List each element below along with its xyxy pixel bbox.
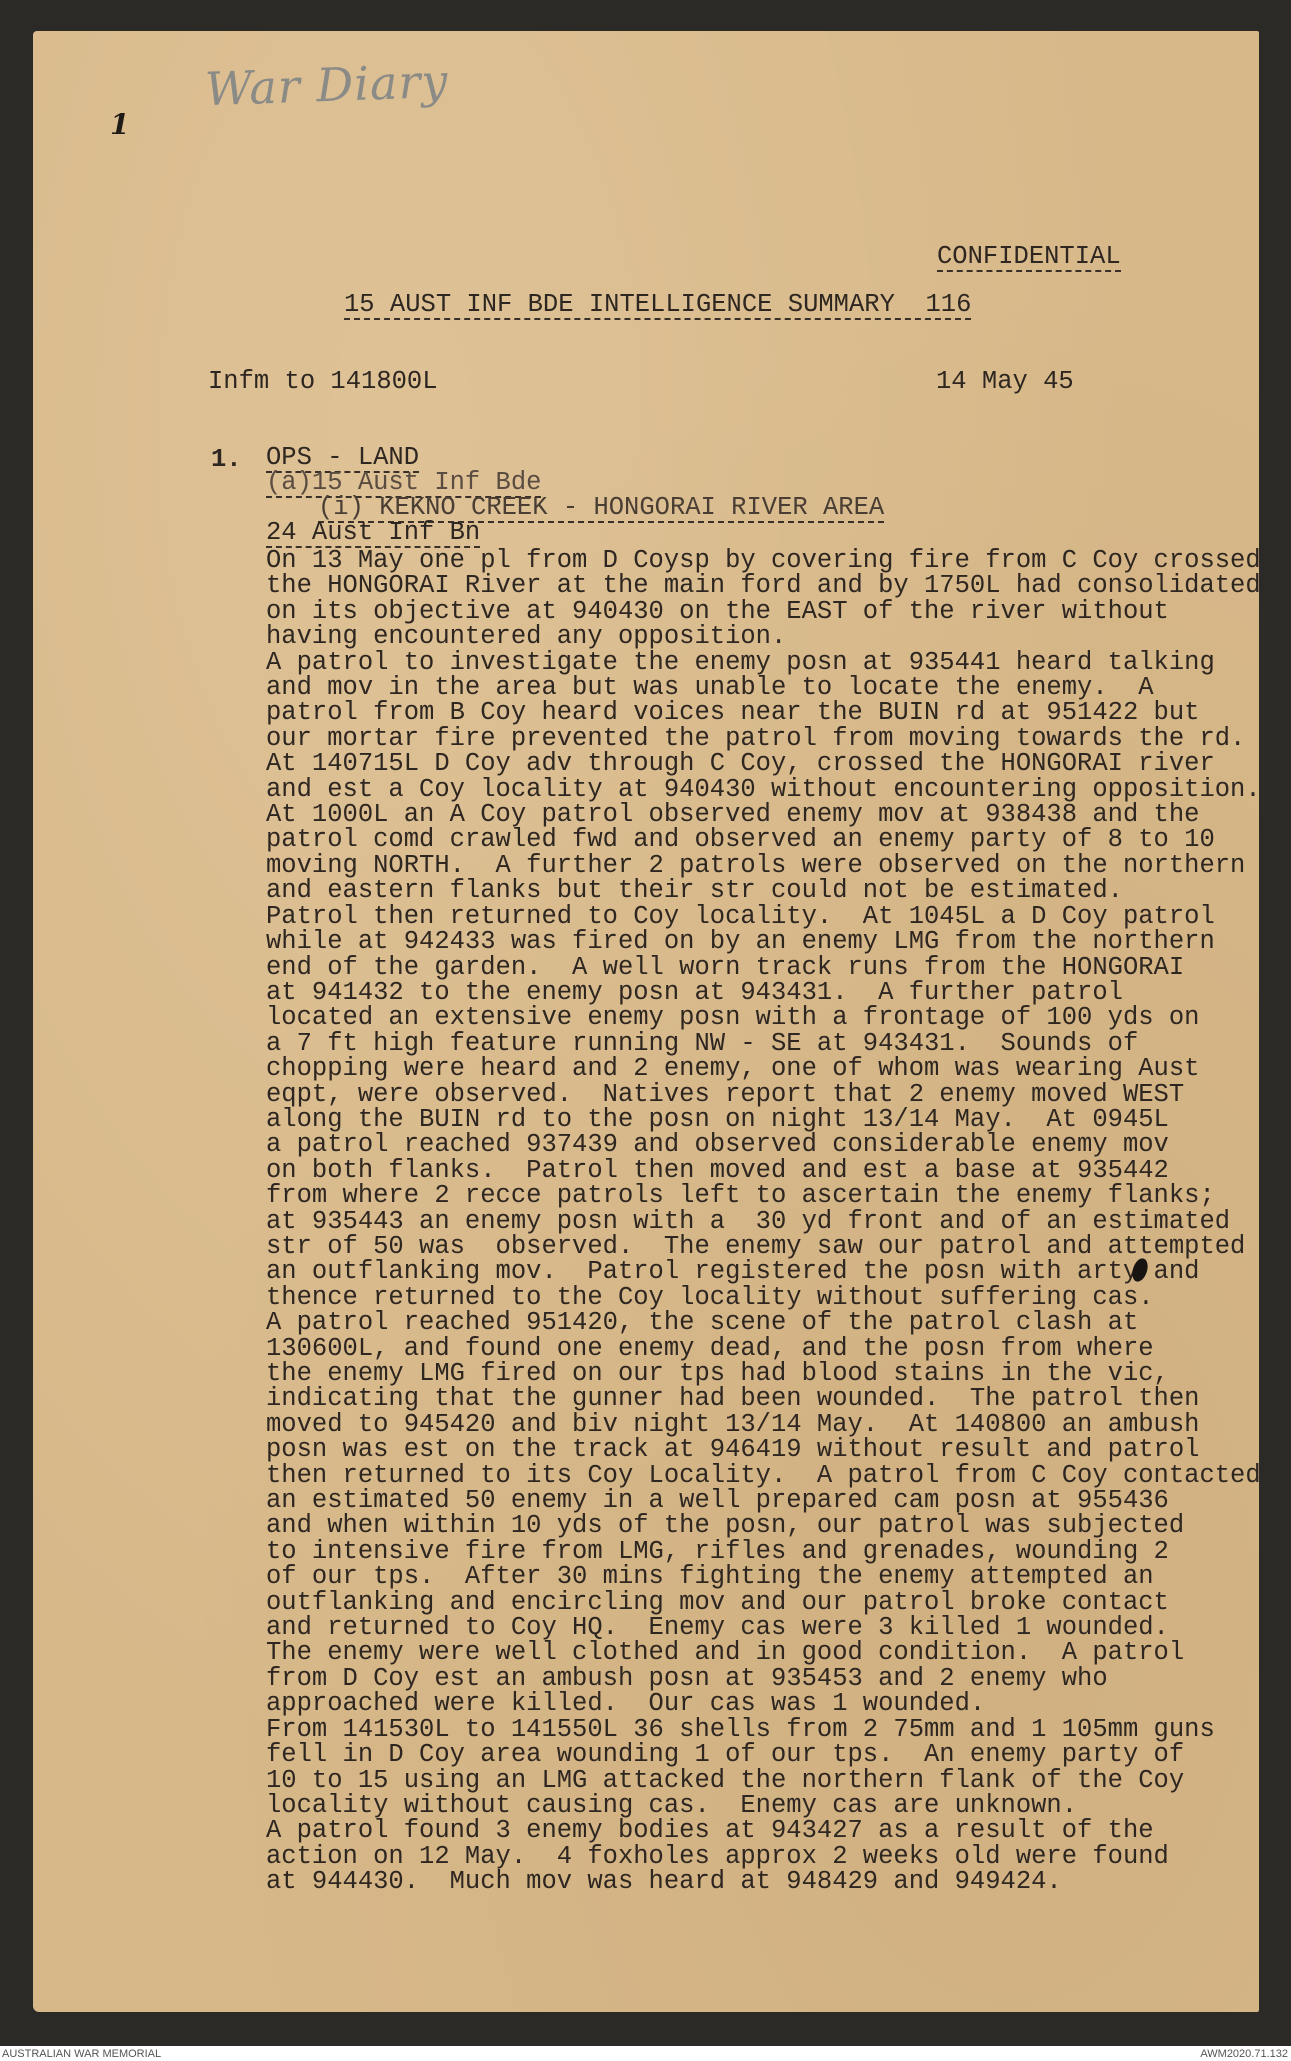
body-line: on its objective at 940430 on the EAST o… xyxy=(266,599,1261,624)
body-line: A patrol reached 951420, the scene of th… xyxy=(266,1310,1261,1335)
body-line: 130600L, and found one enemy dead, and t… xyxy=(266,1336,1261,1361)
body-line: an outflanking mov. Patrol registered th… xyxy=(266,1259,1261,1284)
body-line: the enemy LMG fired on our tps had blood… xyxy=(266,1361,1261,1386)
section-number: 1. xyxy=(211,447,242,472)
body-line: at 941432 to the enemy posn at 943431. A… xyxy=(266,980,1261,1005)
body-line: and eastern flanks but their str could n… xyxy=(266,878,1261,903)
body-line: The enemy were well clothed and in good … xyxy=(266,1640,1261,1665)
body-line: moved to 945420 and biv night 13/14 May.… xyxy=(266,1412,1261,1437)
footer-source: AUSTRALIAN WAR MEMORIAL xyxy=(2,2048,161,2060)
body-line: moving NORTH. A further 2 patrols were o… xyxy=(266,853,1261,878)
body-line: patrol comd crawled fwd and observed an … xyxy=(266,827,1261,852)
body-line: the HONGORAI River at the main ford and … xyxy=(266,573,1261,598)
body-line: 10 to 15 using an LMG attacked the north… xyxy=(266,1768,1261,1793)
body-line: A patrol to investigate the enemy posn a… xyxy=(266,650,1261,675)
body-line: approached were killed. Our cas was 1 wo… xyxy=(266,1691,1261,1716)
body-line: indicating that the gunner had been woun… xyxy=(266,1386,1261,1411)
body-line: locality without causing cas. Enemy cas … xyxy=(266,1793,1261,1818)
body-line: at 935443 an enemy posn with a 30 yd fro… xyxy=(266,1209,1261,1234)
body-line: from where 2 recce patrols left to ascer… xyxy=(266,1183,1261,1208)
unit-heading: 24 Aust Inf Bn xyxy=(266,520,480,548)
folio-mark: 1 xyxy=(110,108,129,141)
body-line: At 140715L D Coy adv through C Coy, cros… xyxy=(266,751,1261,776)
body-line: to intensive fire from LMG, rifles and g… xyxy=(266,1539,1261,1564)
document-date: 14 May 45 xyxy=(936,369,1074,394)
body-line: along the BUIN rd to the posn on night 1… xyxy=(266,1107,1261,1132)
body-line: On 13 May one pl from D Coysp by coverin… xyxy=(266,548,1261,573)
body-line: str of 50 was observed. The enemy saw ou… xyxy=(266,1234,1261,1259)
body-line: having encountered any opposition. xyxy=(266,624,1261,649)
body-line: and est a Coy locality at 940430 without… xyxy=(266,777,1261,802)
footer-accession-number: AWM2020.71.132 xyxy=(1200,2048,1288,2060)
body-line: A patrol found 3 enemy bodies at 943427 … xyxy=(266,1818,1261,1843)
body-line: and when within 10 yds of the posn, our … xyxy=(266,1513,1261,1538)
document-title: 15 AUST INF BDE INTELLIGENCE SUMMARY 116 xyxy=(344,292,971,320)
body-line: patrol from B Coy heard voices near the … xyxy=(266,700,1261,725)
body-line: an estimated 50 enemy in a well prepared… xyxy=(266,1488,1261,1513)
body-line: fell in D Coy area wounding 1 of our tps… xyxy=(266,1742,1261,1767)
classification-label: CONFIDENTIAL xyxy=(937,244,1121,272)
body-line: while at 942433 was fired on by an enemy… xyxy=(266,929,1261,954)
body-line: At 1000L an A Coy patrol observed enemy … xyxy=(266,802,1261,827)
body-line: eqpt, were observed. Natives report that… xyxy=(266,1082,1261,1107)
body-line: our mortar fire prevented the patrol fro… xyxy=(266,726,1261,751)
body-line: end of the garden. A well worn track run… xyxy=(266,955,1261,980)
info-to-line: Infm to 141800L xyxy=(208,369,438,394)
body-line: outflanking and encircling mov and our p… xyxy=(266,1590,1261,1615)
body-line: on both flanks. Patrol then moved and es… xyxy=(266,1158,1261,1183)
body-line: Patrol then returned to Coy locality. At… xyxy=(266,904,1261,929)
body-line: at 944430. Much mov was heard at 948429 … xyxy=(266,1869,1261,1894)
body-line: thence returned to the Coy locality with… xyxy=(266,1285,1261,1310)
body-line: then returned to its Coy Locality. A pat… xyxy=(266,1463,1261,1488)
body-line: located an extensive enemy posn with a f… xyxy=(266,1005,1261,1030)
body-line: of our tps. After 30 mins fighting the e… xyxy=(266,1564,1261,1589)
body-line: from D Coy est an ambush posn at 935453 … xyxy=(266,1666,1261,1691)
body-line: and returned to Coy HQ. Enemy cas were 3… xyxy=(266,1615,1261,1640)
body-line: a 7 ft high feature running NW - SE at 9… xyxy=(266,1031,1261,1056)
handwritten-note: War Diary xyxy=(204,54,449,116)
body-paragraph: On 13 May one pl from D Coysp by coverin… xyxy=(266,548,1261,1895)
body-line: posn was est on the track at 946419 with… xyxy=(266,1437,1261,1462)
body-line: a patrol reached 937439 and observed con… xyxy=(266,1132,1261,1157)
body-line: chopping were heard and 2 enemy, one of … xyxy=(266,1056,1261,1081)
body-line: action on 12 May. 4 foxholes approx 2 we… xyxy=(266,1844,1261,1869)
body-line: and mov in the area but was unable to lo… xyxy=(266,675,1261,700)
body-line: From 141530L to 141550L 36 shells from 2… xyxy=(266,1717,1261,1742)
